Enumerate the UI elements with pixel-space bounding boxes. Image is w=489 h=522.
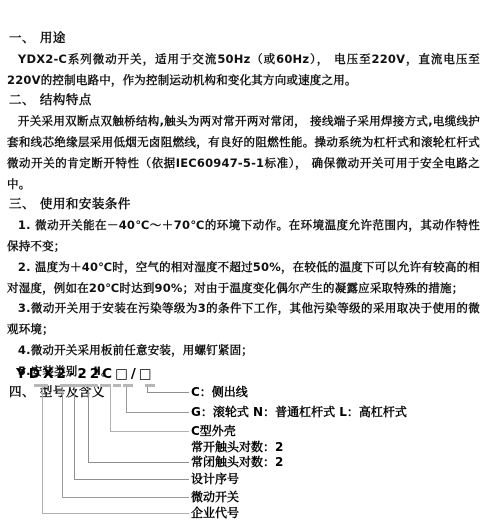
connector-line-company-code xyxy=(42,387,189,514)
model-label-company-code: 企业代号 xyxy=(191,506,239,520)
document-page: 一、 用途 YDX2-C系列微动开关，适用于交流50Hz（或60Hz）， 电压至… xyxy=(0,0,489,522)
paragraph: 开关采用双断点双触桥结构,触头为两对常开两对常闭， 接线端子采用焊接方式,电缆线… xyxy=(7,111,480,194)
model-label-no-contacts: 常开触头对数：2 xyxy=(191,440,283,454)
model-label-c-housing: C型外壳 xyxy=(191,424,236,438)
model-label-design-serial: 设计序号 xyxy=(191,472,239,486)
list-item: 1. 微动开关能在－40℃～＋70℃的环境下动作。在环境温度允许范围内，其动作特… xyxy=(7,215,480,257)
section-heading-model-meaning: 四、 型号及含义 xyxy=(9,382,480,403)
list-item: 4.微动开关采用板前任意安装，用螺钉紧固； xyxy=(7,340,480,361)
model-label-nc-contacts: 常闭触头对数：2 xyxy=(191,455,283,469)
model-label-micro-switch: 微动开关 xyxy=(191,490,239,504)
section-heading-conditions: 三、 使用和安装条件 xyxy=(9,194,480,215)
list-item: 2. 温度为＋40℃时，空气的相对湿度不超过50%，在较低的温度下可以允许有较高… xyxy=(7,257,480,299)
section-heading-structure: 二、 结构特点 xyxy=(9,90,480,111)
model-label-lever-type: G：滚轮式 N：普通杠杆式 L：高杠杆式 xyxy=(191,405,407,419)
list-item: 3.微动开关用于安装在污染等级为3的条件下工作，其他污染等级的采用取决于使用的微… xyxy=(7,298,480,340)
paragraph: YDX2-C系列微动开关，适用于交流50Hz（或60Hz）， 电压至220V，直… xyxy=(7,49,480,91)
list-item: 5.安装类别： Ⅱ。 xyxy=(7,361,480,382)
document-body: 一、 用途 YDX2-C系列微动开关，适用于交流50Hz（或60Hz）， 电压至… xyxy=(0,0,489,402)
connector-line-micro-switch xyxy=(62,387,189,498)
section-heading-purpose: 一、 用途 xyxy=(9,28,480,49)
